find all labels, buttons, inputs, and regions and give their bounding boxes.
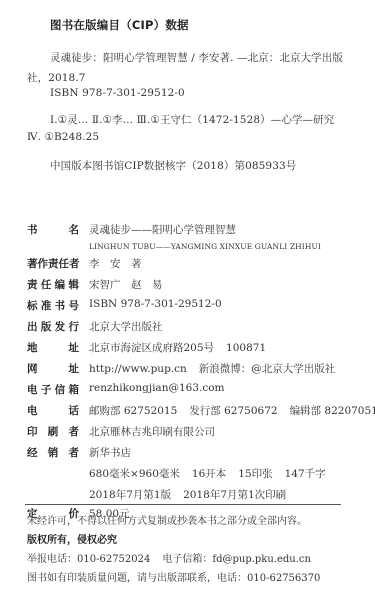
format-sheets: 15印张 xyxy=(238,468,272,480)
report-contact: 举报电话：010-62752024电子信箱：fd@pup.pku.edu.cn xyxy=(27,550,311,565)
cip-isbn: ISBN 978-7-301-29512-0 xyxy=(50,87,185,99)
phone-mail-order: 邮购部 62752015 xyxy=(89,405,177,417)
copyright-page: 图书在版编目（CIP）数据 灵魂徒步：阳明心学管理智慧 / 李安著. —北京：北… xyxy=(0,0,375,596)
cip-heading: 图书在版编目（CIP）数据 xyxy=(50,17,189,33)
cip-citation-line-2: 社，2018.7 xyxy=(27,70,86,85)
cip-data-number: 中国版本图书馆CIP数据核字（2018）第085933号 xyxy=(50,158,296,173)
label-isbn: 标 准 书 号 xyxy=(27,298,79,313)
address-street: 北京市海淀区成府路205号 xyxy=(89,342,214,354)
quality-notice: 图书如有印装质量问题，请与出版部联系，电话：010-62756370 xyxy=(27,569,320,584)
label-website: 网 址 xyxy=(27,361,79,376)
printing-info: 2018年7月第1次印刷 xyxy=(183,489,286,501)
label-title: 书 名 xyxy=(27,222,79,237)
value-publisher: 北京大学出版社 xyxy=(89,319,163,334)
phone-editorial: 编辑部 82207051 xyxy=(290,405,375,417)
value-title-pinyin: LINGHUN TUBU——YANGMING XINXUE GUANLI ZHI… xyxy=(89,242,321,251)
copyright-notice: 未经许可，不得以任何方式复制或抄袭本书之部分或全部内容。 xyxy=(27,512,307,527)
value-title: 灵魂徒步——阳明心学管理智慧 xyxy=(89,222,236,237)
value-website: http://www.pup.cn新浪微博：@北京大学出版社 xyxy=(89,361,335,376)
cip-subjects-line-1: Ⅰ.①灵… Ⅱ.①李… Ⅲ.①王守仁（1472-1528）—心学—研究 xyxy=(50,112,334,127)
rights-reserved: 版权所有，侵权必究 xyxy=(27,531,117,546)
website-url-link[interactable]: http://www.pup.cn xyxy=(89,363,187,375)
report-email-link[interactable]: 电子信箱：fd@pup.pku.edu.cn xyxy=(162,554,311,565)
phone-distribution: 发行部 62750672 xyxy=(189,405,277,417)
label-editor: 责 任 编 辑 xyxy=(27,277,79,292)
cip-citation-line-1: 灵魂徒步：阳明心学管理智慧 / 李安著. —北京：北京大学出版 xyxy=(50,50,343,65)
value-author: 李 安 著 xyxy=(89,256,142,271)
value-phone: 邮购部 62752015发行部 62750672编辑部 82207051 xyxy=(89,403,375,418)
label-phone: 电 话 xyxy=(27,403,79,418)
separator-line xyxy=(25,504,341,505)
value-isbn: ISBN 978-7-301-29512-0 xyxy=(89,298,222,310)
weibo-account: 新浪微博：@北京大学出版社 xyxy=(199,363,336,375)
value-edition: 2018年7月第1版2018年7月第1次印刷 xyxy=(89,487,286,502)
address-postcode: 100871 xyxy=(226,342,266,354)
cip-subjects-line-2: Ⅳ. ①B248.25 xyxy=(27,131,99,143)
report-phone: 举报电话：010-62752024 xyxy=(27,554,150,565)
value-address: 北京市海淀区成府路205号100871 xyxy=(89,340,266,355)
value-distributor: 新华书店 xyxy=(89,445,131,460)
label-address: 地 址 xyxy=(27,340,79,355)
label-publisher: 出 版 发 行 xyxy=(27,319,79,334)
value-format: 680毫米×960毫米16开本15印张147千字 xyxy=(89,466,326,481)
format-size: 680毫米×960毫米 xyxy=(89,468,180,480)
edition-info: 2018年7月第1版 xyxy=(89,489,171,501)
value-email-link[interactable]: renzhikongjian@163.com xyxy=(89,382,225,394)
label-printer: 印 刷 者 xyxy=(27,424,79,439)
label-author: 著 作 责 任 者 xyxy=(27,256,79,271)
label-email: 电 子 信 箱 xyxy=(27,382,79,397)
value-printer: 北京雁林吉兆印刷有限公司 xyxy=(89,424,215,439)
format-words: 147千字 xyxy=(285,468,326,480)
format-kaiben: 16开本 xyxy=(192,468,226,480)
label-distributor: 经 销 者 xyxy=(27,445,79,460)
value-editor: 宋智广 赵 易 xyxy=(89,277,163,292)
